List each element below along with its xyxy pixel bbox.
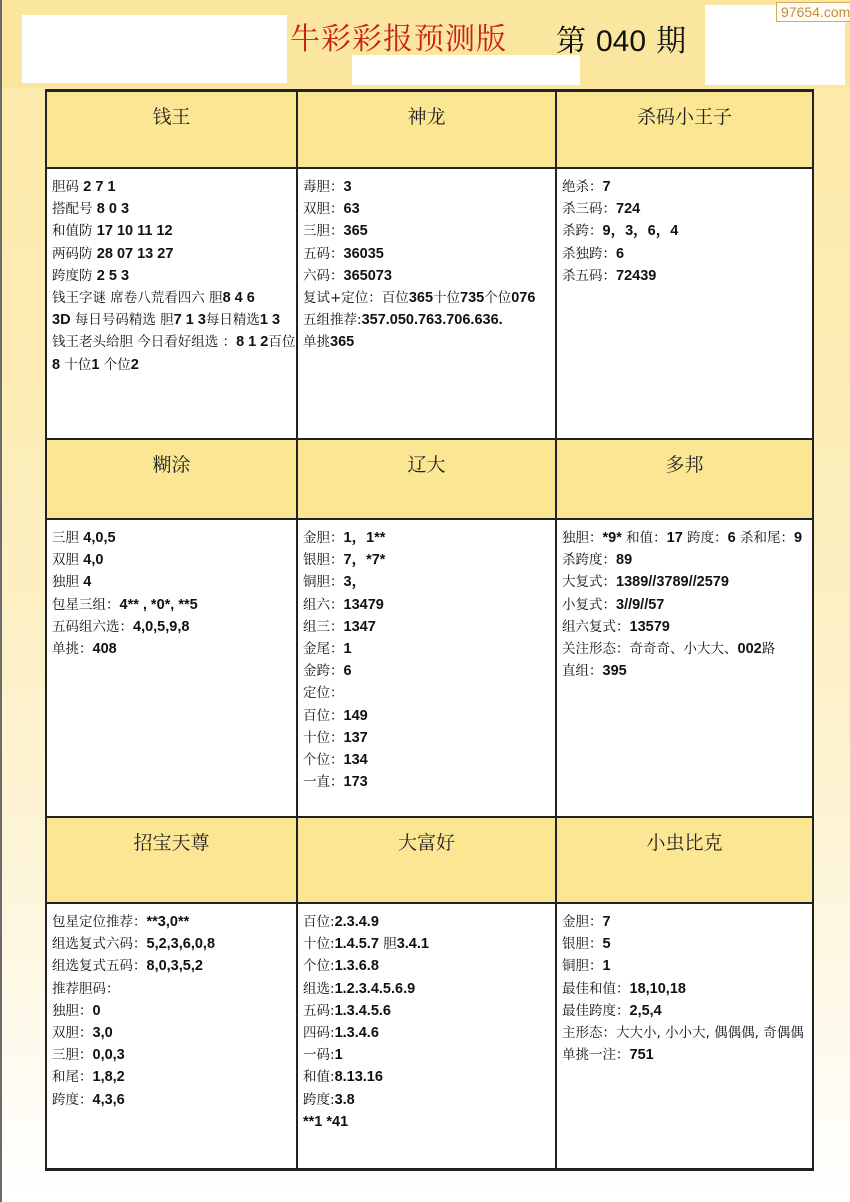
line-label: 单挑： <box>52 641 93 657</box>
line-value: 002 <box>738 641 762 657</box>
line-label: 跨度： <box>683 530 728 546</box>
prediction-line: 杀独跨：6 <box>562 243 812 265</box>
line-value: 4,0,5 <box>83 530 115 546</box>
prediction-line: 组三：1347 <box>303 616 555 638</box>
line-value: 63 <box>344 201 360 217</box>
prediction-line: 直组：395 <box>562 660 812 682</box>
prediction-line: 组选复式六码：5,2,3,6,0,8 <box>52 933 296 955</box>
line-value: 357.050.763.706.636. <box>362 312 503 328</box>
line-label: 金尾： <box>303 641 344 657</box>
line-value: 1.2.3.4.5.6.9 <box>335 981 416 997</box>
line-value: 7，*7* <box>344 552 386 568</box>
line-label: 银胆： <box>562 936 603 952</box>
section-title: 糊涂 <box>47 440 298 520</box>
line-label: 钱王老头给胆 今日看好组选 ： <box>52 334 236 350</box>
line-value: 4,3,6 <box>93 1092 125 1108</box>
line-label: 独胆： <box>562 530 603 546</box>
line-label: 每日号码精选 胆 <box>71 312 174 328</box>
line-label: 单挑一注： <box>562 1047 630 1063</box>
line-label: 五码: <box>303 1003 335 1019</box>
line-label: 组三： <box>303 619 344 635</box>
line-value: 735 <box>460 290 484 306</box>
body-row: 胆码 2 7 1搭配号 8 0 3和值防 17 10 11 12两码防 28 0… <box>47 169 812 440</box>
line-value: 7 <box>603 179 611 195</box>
line-value: 2 7 1 <box>83 179 115 195</box>
line-value: **3,0** <box>147 914 190 930</box>
line-value: 365 <box>409 290 433 306</box>
line-value: 8.13.16 <box>335 1069 383 1085</box>
line-value: 1.4.5.7 <box>335 936 379 952</box>
prediction-line: **1 *41 <box>303 1111 555 1133</box>
section-body: 百位:2.3.4.9十位:1.4.5.7 胆3.4.1个位:1.3.6.8组选:… <box>298 904 557 1168</box>
line-label: 十位 <box>433 290 460 306</box>
prediction-line: 跨度：4,3,6 <box>52 1089 296 1111</box>
line-value: 3.4.1 <box>397 936 429 952</box>
line-label: 胆 <box>379 936 397 952</box>
body-row: 包星定位推荐：**3,0**组选复式六码：5,2,3,6,0,8组选复式五码：8… <box>47 904 812 1168</box>
line-value: 9，3，6，4 <box>603 223 679 239</box>
line-value: 1 <box>344 641 352 657</box>
line-label: 定位： <box>303 685 344 701</box>
line-label: 组选: <box>303 981 335 997</box>
prediction-line: 包星定位推荐：**3,0** <box>52 911 296 933</box>
line-label: 杀跨度： <box>562 552 616 568</box>
line-value: 8 0 3 <box>97 201 129 217</box>
prediction-line: 钱王老头给胆 今日看好组选 ：8 1 2百位8 十位1 个位2 <box>52 331 296 375</box>
line-label: 百位 <box>268 334 295 350</box>
line-value: 2,5,4 <box>630 1003 662 1019</box>
line-value: 137 <box>344 730 368 746</box>
prediction-line: 双胆：3,0 <box>52 1022 296 1044</box>
prediction-line: 单挑365 <box>303 331 555 353</box>
line-value: 1.3.4.6 <box>335 1025 379 1041</box>
line-label: 胆码 <box>52 179 83 195</box>
line-label: 双胆 <box>52 552 83 568</box>
prediction-line: 两码防 28 07 13 27 <box>52 243 296 265</box>
prediction-line: 铜胆：3， <box>303 571 555 593</box>
line-value: 2 <box>131 357 139 373</box>
line-value: 1,8,2 <box>93 1069 125 1085</box>
prediction-line: 最佳跨度：2,5,4 <box>562 1000 812 1022</box>
line-value: 4,0 <box>83 552 103 568</box>
line-label: 主形态：大大小, 小小大, 偶偶偶, 奇偶偶 <box>562 1025 804 1041</box>
line-value: 17 10 11 12 <box>97 223 173 239</box>
line-label: 金胆： <box>562 914 603 930</box>
line-value: 2 5 3 <box>97 268 129 284</box>
prediction-line: 单挑一注：751 <box>562 1044 812 1066</box>
header-row: 糊涂辽大多邦 <box>47 440 812 520</box>
line-label: 直组： <box>562 663 603 679</box>
line-label: 组六复式： <box>562 619 630 635</box>
line-value: 2.3.4.9 <box>335 914 379 930</box>
prediction-line: 银胆：5 <box>562 933 812 955</box>
line-value: 28 07 13 27 <box>97 246 174 262</box>
watermark: 97654.com <box>776 2 850 22</box>
line-value: 8,0,3,5,2 <box>147 958 203 974</box>
line-value: 6 <box>616 246 624 262</box>
prediction-line: 六码：365073 <box>303 265 555 287</box>
prediction-line: 三胆：365 <box>303 220 555 242</box>
section-body: 金胆：7银胆：5铜胆：1最佳和值：18,10,18最佳跨度：2,5,4主形态：大… <box>557 904 812 1168</box>
line-value: 4,0,5,9,8 <box>133 619 189 635</box>
line-value: 13479 <box>344 597 384 613</box>
section-title: 辽大 <box>298 440 557 520</box>
prediction-line: 独胆：*9* 和值：17 跨度：6 杀和尾：9 杀跨度：89 <box>562 527 812 571</box>
header-row: 招宝天尊大富好小虫比克 <box>47 818 812 904</box>
line-label: 推荐胆码： <box>52 981 120 997</box>
line-label: 和值： <box>622 530 667 546</box>
header-row: 钱王神龙杀码小王子 <box>47 92 812 169</box>
prediction-line: 包星三组：4** , *0*, **5 <box>52 594 296 616</box>
section-body: 包星定位推荐：**3,0**组选复式六码：5,2,3,6,0,8组选复式五码：8… <box>47 904 298 1168</box>
prediction-line: 金胆：1，1** <box>303 527 555 549</box>
line-value: 7 <box>603 914 611 930</box>
section-body: 独胆：*9* 和值：17 跨度：6 杀和尾：9 杀跨度：89大复式：1389//… <box>557 520 812 818</box>
line-label: 路 <box>762 641 776 657</box>
prediction-line: 胆码 2 7 1 <box>52 176 296 198</box>
line-value: 149 <box>344 708 368 724</box>
line-value: 1347 <box>344 619 376 635</box>
line-label: 五码组六选： <box>52 619 133 635</box>
prediction-line: 五码组六选：4,0,5,9,8 <box>52 616 296 638</box>
line-value: 173 <box>344 774 368 790</box>
prediction-line: 主形态：大大小, 小小大, 偶偶偶, 奇偶偶 <box>562 1022 812 1044</box>
redacted-area-left <box>22 15 287 83</box>
line-value: 4 <box>83 574 91 590</box>
line-value: 1.3.4.5.6 <box>335 1003 391 1019</box>
line-value: 72439 <box>616 268 656 284</box>
prediction-line: 五组推荐:357.050.763.706.636. <box>303 309 555 331</box>
issue-value: 040 <box>596 25 646 58</box>
prediction-line: 3D 每日号码精选 胆7 1 3每日精选1 3 <box>52 309 296 331</box>
line-label: 一码: <box>303 1047 335 1063</box>
line-label: 双胆： <box>52 1025 93 1041</box>
line-value: 1 3 <box>260 312 280 328</box>
line-label: 跨度: <box>303 1092 335 1108</box>
line-label: 十位 <box>60 357 91 373</box>
prediction-line: 四码:1.3.4.6 <box>303 1022 555 1044</box>
line-value: 751 <box>630 1047 654 1063</box>
line-value: 408 <box>93 641 117 657</box>
prediction-line: 搭配号 8 0 3 <box>52 198 296 220</box>
prediction-line: 金跨：6 <box>303 660 555 682</box>
prediction-line: 十位:1.4.5.7 胆3.4.1 <box>303 933 555 955</box>
prediction-line: 三胆：0,0,3 <box>52 1044 296 1066</box>
line-label: 关注形态：奇奇奇、小大大、 <box>562 641 738 657</box>
line-value: 5,2,3,6,0,8 <box>147 936 216 952</box>
prediction-line: 推荐胆码： <box>52 978 296 1000</box>
prediction-line: 组选复式五码：8,0,3,5,2 <box>52 955 296 977</box>
line-label: 个位： <box>303 752 344 768</box>
prediction-line: 个位:1.3.6.8 <box>303 955 555 977</box>
line-value: 5 <box>603 936 611 952</box>
issue-prefix: 第 <box>556 25 586 58</box>
section-body: 毒胆：3双胆：63三胆：365五码：36035六码：365073复试+定位：百位… <box>298 169 557 440</box>
line-value: **1 *41 <box>303 1114 348 1130</box>
line-label: 十位： <box>303 730 344 746</box>
section-title: 神龙 <box>298 92 557 169</box>
line-label: 六码： <box>303 268 344 284</box>
line-label: 杀独跨： <box>562 246 616 262</box>
line-label: 毒胆： <box>303 179 344 195</box>
line-value: 134 <box>344 752 368 768</box>
line-label: 复试+定位：百位 <box>303 290 409 306</box>
prediction-line: 金胆：7 <box>562 911 812 933</box>
line-label: 最佳和值： <box>562 981 630 997</box>
line-label: 大复式： <box>562 574 616 590</box>
prediction-line: 大复式：1389//3789//2579 <box>562 571 812 593</box>
prediction-line: 组六复式：13579 <box>562 616 812 638</box>
line-label: 单挑 <box>303 334 330 350</box>
prediction-line: 毒胆：3 <box>303 176 555 198</box>
section-title: 杀码小王子 <box>557 92 812 169</box>
prediction-line: 金尾：1 <box>303 638 555 660</box>
line-value: 724 <box>616 201 640 217</box>
line-value: 0 <box>93 1003 101 1019</box>
line-label: 组选复式五码： <box>52 958 147 974</box>
line-label: 组选复式六码： <box>52 936 147 952</box>
line-label: 金胆： <box>303 530 344 546</box>
line-value: 395 <box>603 663 627 679</box>
prediction-line: 双胆：63 <box>303 198 555 220</box>
line-value: 365 <box>344 223 368 239</box>
line-label: 搭配号 <box>52 201 97 217</box>
line-value: 8 1 2 <box>236 334 268 350</box>
line-value: 365 <box>330 334 354 350</box>
prediction-line: 三胆 4,0,5 <box>52 527 296 549</box>
line-label: 双胆： <box>303 201 344 217</box>
line-label: 两码防 <box>52 246 97 262</box>
line-value: 4** , *0*, **5 <box>120 597 198 613</box>
line-label: 钱王字谜 席卷八荒看四六 胆 <box>52 290 223 306</box>
line-value: 8 4 6 <box>223 290 255 306</box>
prediction-line: 杀五码：72439 <box>562 265 812 287</box>
prediction-line: 复试+定位：百位365十位735个位076 <box>303 287 555 309</box>
line-label: 个位: <box>303 958 335 974</box>
prediction-line: 银胆：7，*7* <box>303 549 555 571</box>
prediction-line: 杀三码：724 <box>562 198 812 220</box>
redacted-area-center <box>352 55 580 85</box>
line-label: 和值防 <box>52 223 97 239</box>
prediction-line: 五码:1.3.4.5.6 <box>303 1000 555 1022</box>
line-label: 跨度防 <box>52 268 97 284</box>
prediction-line: 跨度:3.8 <box>303 1089 555 1111</box>
prediction-line: 五码：36035 <box>303 243 555 265</box>
line-value: 3， <box>344 574 367 590</box>
line-label: 十位: <box>303 936 335 952</box>
prediction-line: 杀跨：9，3，6，4 <box>562 220 812 242</box>
line-label: 杀三码： <box>562 201 616 217</box>
section-title: 大富好 <box>298 818 557 904</box>
prediction-line: 一直：173 <box>303 771 555 793</box>
section-body: 金胆：1，1**银胆：7，*7*铜胆：3，组六：13479组三：1347金尾：1… <box>298 520 557 818</box>
line-value: 3D <box>52 312 71 328</box>
line-label: 金跨： <box>303 663 344 679</box>
prediction-line: 和尾：1,8,2 <box>52 1066 296 1088</box>
body-row: 三胆 4,0,5双胆 4,0独胆 4包星三组：4** , *0*, **5五码组… <box>47 520 812 818</box>
line-label: 包星三组： <box>52 597 120 613</box>
prediction-line: 定位： <box>303 682 555 704</box>
prediction-line: 十位：137 <box>303 727 555 749</box>
line-label: 五组推荐: <box>303 312 362 328</box>
issue-number: 第040期 <box>556 16 686 60</box>
line-label: 组六： <box>303 597 344 613</box>
line-value: 3,0 <box>93 1025 113 1041</box>
line-value: 1.3.6.8 <box>335 958 379 974</box>
prediction-line: 一码:1 <box>303 1044 555 1066</box>
line-label: 杀跨： <box>562 223 603 239</box>
line-label: 三胆 <box>52 530 83 546</box>
line-label: 杀和尾： <box>736 530 794 546</box>
prediction-line: 最佳和值：18,10,18 <box>562 978 812 1000</box>
section-body: 三胆 4,0,5双胆 4,0独胆 4包星三组：4** , *0*, **5五码组… <box>47 520 298 818</box>
line-value: 3.8 <box>335 1092 355 1108</box>
line-value: 6 <box>728 530 736 546</box>
page-edge <box>0 0 2 1202</box>
line-value: 7 1 3 <box>174 312 206 328</box>
line-value: *9* <box>603 530 622 546</box>
line-label: 个位 <box>484 290 511 306</box>
issue-suffix: 期 <box>656 25 686 58</box>
line-value: 9 <box>794 530 802 546</box>
prediction-line: 单挑：408 <box>52 638 296 660</box>
line-label: 百位: <box>303 914 335 930</box>
section-title: 多邦 <box>557 440 812 520</box>
prediction-line: 组六：13479 <box>303 594 555 616</box>
prediction-line: 组选:1.2.3.4.5.6.9 <box>303 978 555 1000</box>
line-label: 个位 <box>99 357 130 373</box>
line-label: 一直： <box>303 774 344 790</box>
prediction-line: 绝杀：7 <box>562 176 812 198</box>
line-value: 365073 <box>344 268 392 284</box>
line-value: 13579 <box>630 619 670 635</box>
line-value: 1 <box>335 1047 343 1063</box>
line-label: 五码： <box>303 246 344 262</box>
section-body: 胆码 2 7 1搭配号 8 0 3和值防 17 10 11 12两码防 28 0… <box>47 169 298 440</box>
line-value: 36035 <box>344 246 384 262</box>
line-value: 17 <box>667 530 683 546</box>
section-title: 招宝天尊 <box>47 818 298 904</box>
line-value: 3//9//57 <box>616 597 664 613</box>
prediction-line: 钱王字谜 席卷八荒看四六 胆8 4 6 <box>52 287 296 309</box>
line-label: 三胆： <box>303 223 344 239</box>
section-title: 钱王 <box>47 92 298 169</box>
line-value: 3 <box>344 179 352 195</box>
line-value: 1，1** <box>344 530 386 546</box>
line-value: 18,10,18 <box>630 981 686 997</box>
line-label: 百位： <box>303 708 344 724</box>
prediction-line: 和值防 17 10 11 12 <box>52 220 296 242</box>
line-label: 四码: <box>303 1025 335 1041</box>
line-label: 绝杀： <box>562 179 603 195</box>
prediction-line: 和值:8.13.16 <box>303 1066 555 1088</box>
prediction-line: 百位：149 <box>303 705 555 727</box>
line-value: 1389//3789//2579 <box>616 574 729 590</box>
line-label: 独胆： <box>52 1003 93 1019</box>
prediction-line: 独胆：0 <box>52 1000 296 1022</box>
line-label: 和值: <box>303 1069 335 1085</box>
line-label: 独胆 <box>52 574 83 590</box>
line-label: 和尾： <box>52 1069 93 1085</box>
prediction-line: 独胆 4 <box>52 571 296 593</box>
line-label: 银胆： <box>303 552 344 568</box>
prediction-line: 铜胆：1 <box>562 955 812 977</box>
prediction-line: 小复式：3//9//57 <box>562 594 812 616</box>
line-value: 0,0,3 <box>93 1047 125 1063</box>
prediction-line: 关注形态：奇奇奇、小大大、002路 <box>562 638 812 660</box>
line-value: 6 <box>344 663 352 679</box>
line-value: 89 <box>616 552 632 568</box>
prediction-line: 双胆 4,0 <box>52 549 296 571</box>
line-label: 小复式： <box>562 597 616 613</box>
line-label: 跨度： <box>52 1092 93 1108</box>
line-label: 包星定位推荐： <box>52 914 147 930</box>
section-title: 小虫比克 <box>557 818 812 904</box>
prediction-line: 个位：134 <box>303 749 555 771</box>
line-label: 铜胆： <box>562 958 603 974</box>
prediction-grid: 钱王神龙杀码小王子胆码 2 7 1搭配号 8 0 3和值防 17 10 11 1… <box>45 89 814 1171</box>
page-title: 牛彩彩报预测版 <box>290 14 507 58</box>
line-label: 每日精选 <box>206 312 260 328</box>
line-label: 杀五码： <box>562 268 616 284</box>
prediction-line: 跨度防 2 5 3 <box>52 265 296 287</box>
section-body: 绝杀：7杀三码：724杀跨：9，3，6，4杀独跨：6杀五码：72439 <box>557 169 812 440</box>
line-value: 8 <box>52 357 60 373</box>
prediction-line: 百位:2.3.4.9 <box>303 911 555 933</box>
line-value: 1 <box>603 958 611 974</box>
line-label: 最佳跨度： <box>562 1003 630 1019</box>
line-label: 铜胆： <box>303 574 344 590</box>
line-label: 三胆： <box>52 1047 93 1063</box>
line-value: 076 <box>511 290 535 306</box>
